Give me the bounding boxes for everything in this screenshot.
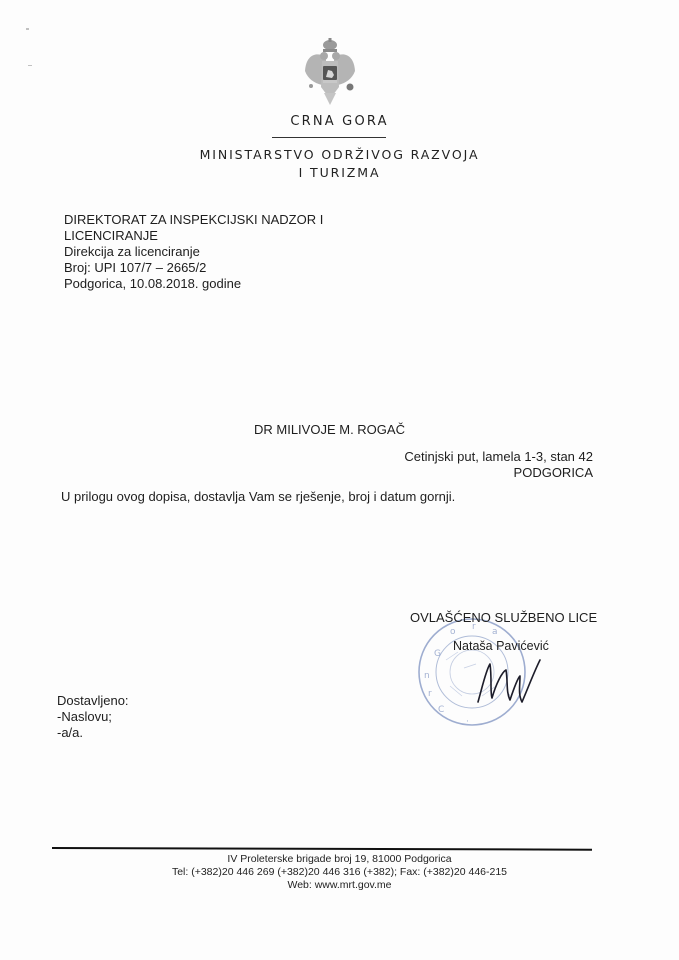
distribution-item: -a/a. — [57, 725, 129, 741]
distribution-list: Dostavljeno: -Naslovu; -a/a. — [57, 693, 129, 741]
footer-address: IV Proleterske brigade broj 19, 81000 Po… — [0, 853, 679, 866]
document-page: CRNA GORA MINISTARSTVO ODRŽIVOG RAZVOJA … — [0, 0, 679, 960]
handwritten-signature-icon — [476, 658, 542, 704]
ministry-name-line2: I TURIZMA — [0, 164, 679, 182]
ministry-name: MINISTARSTVO ODRŽIVOG RAZVOJA I TURIZMA — [0, 146, 679, 182]
letterhead-divider — [272, 137, 386, 138]
directorate-line1: DIREKTORAT ZA INSPEKCIJSKI NADZOR I — [64, 212, 323, 228]
svg-text:r: r — [428, 689, 432, 699]
country-name: CRNA GORA — [0, 114, 679, 129]
recipient-name: DR MILIVOJE M. ROGAČ — [254, 422, 405, 437]
svg-text:a: a — [492, 627, 498, 637]
recipient-address: Cetinjski put, lamela 1-3, stan 42 PODGO… — [404, 449, 593, 481]
recipient-address-line1: Cetinjski put, lamela 1-3, stan 42 — [404, 449, 593, 465]
svg-text:C: C — [438, 705, 444, 715]
letter-body: U prilogu ovog dopisa, dostavlja Vam se … — [61, 489, 455, 504]
svg-text:o: o — [450, 627, 456, 637]
footer-contacts: Tel: (+382)20 446 269 (+382)20 446 316 (… — [0, 866, 679, 879]
scan-speck — [26, 28, 29, 30]
svg-text:n: n — [424, 671, 430, 681]
distribution-item: -Naslovu; — [57, 709, 129, 725]
recipient-city: PODGORICA — [404, 465, 593, 481]
distribution-label: Dostavljeno: — [57, 693, 129, 709]
official-title: OVLAŠĆENO SLUŽBENO LICE — [410, 610, 597, 625]
footer-divider — [52, 847, 592, 851]
signature-block: OVLAŠĆENO SLUŽBENO LICE G o r a n r C · … — [410, 608, 610, 728]
ministry-name-line1: MINISTARSTVO ODRŽIVOG RAZVOJA — [0, 146, 679, 164]
sender-block: DIREKTORAT ZA INSPEKCIJSKI NADZOR I LICE… — [64, 212, 323, 292]
directorate-line2: LICENCIRANJE — [64, 228, 323, 244]
scan-speck — [28, 65, 32, 66]
footer: IV Proleterske brigade broj 19, 81000 Po… — [0, 853, 679, 892]
svg-text:·: · — [466, 717, 469, 727]
department-name: Direkcija za licenciranje — [64, 244, 323, 260]
montenegro-coat-of-arms-icon — [302, 37, 358, 107]
footer-web: Web: www.mrt.gov.me — [0, 879, 679, 892]
place-and-date: Podgorica, 10.08.2018. godine — [64, 276, 323, 292]
svg-text:G: G — [434, 649, 441, 659]
reference-number: Broj: UPI 107/7 – 2665/2 — [64, 260, 323, 276]
signer-name: Nataša Pavićević — [453, 639, 549, 653]
